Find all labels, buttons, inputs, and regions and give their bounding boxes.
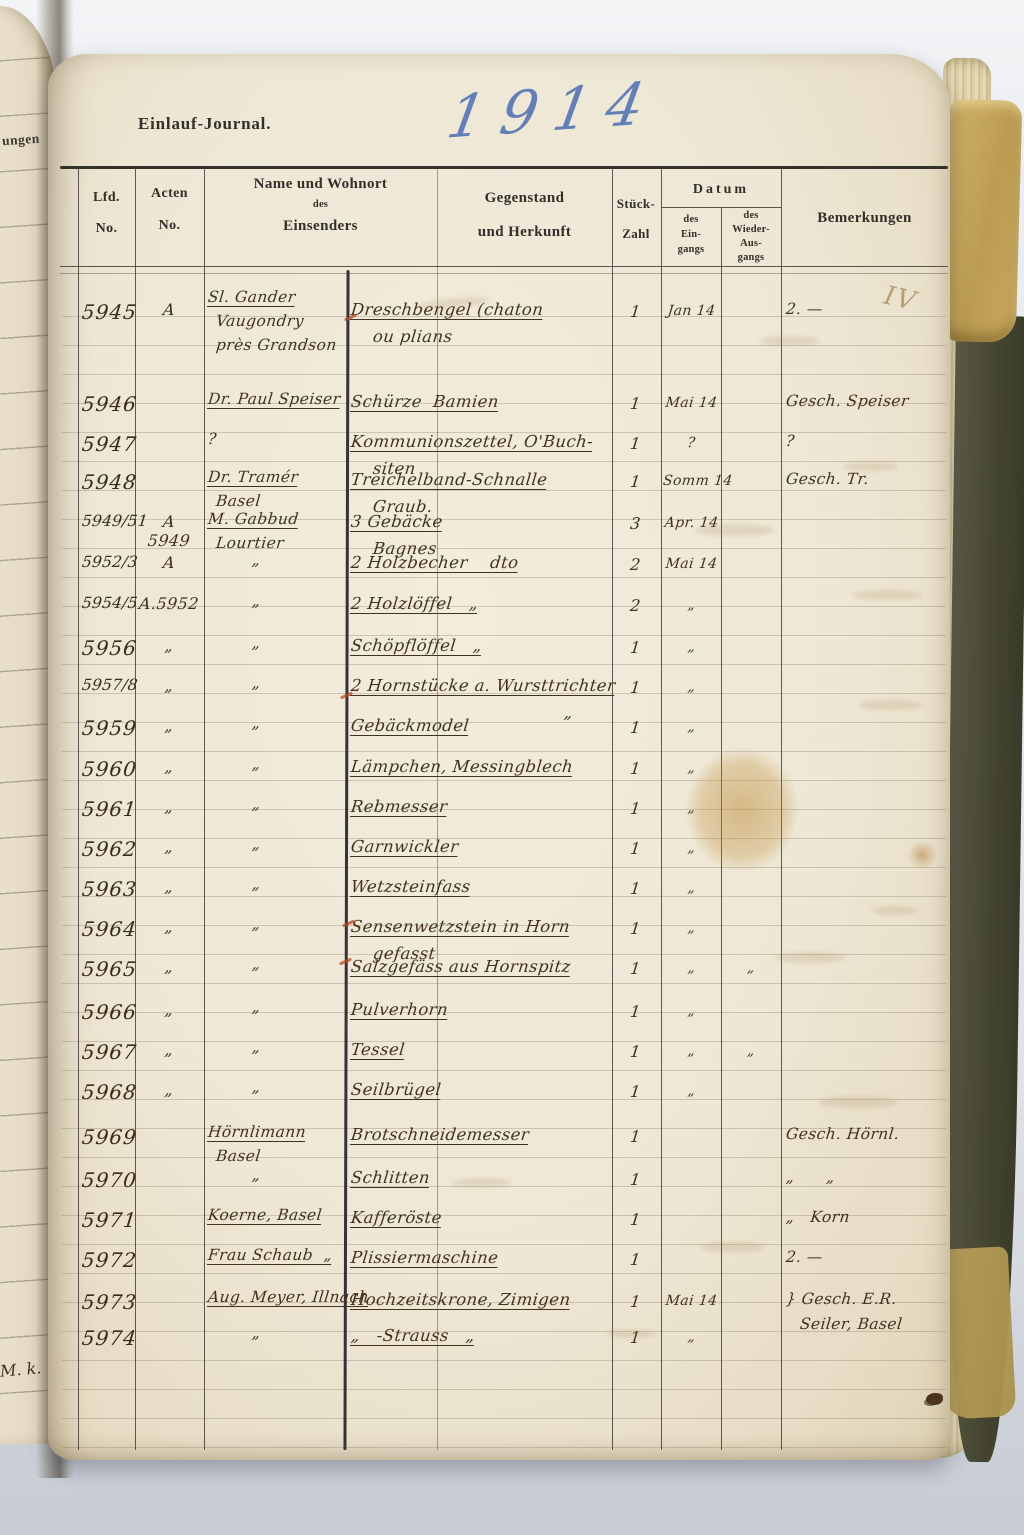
handwriting: „ xyxy=(662,1043,721,1059)
handwriting: „ xyxy=(135,877,203,896)
handwriting: „ xyxy=(135,716,203,735)
handwriting: Tessel xyxy=(350,1040,406,1059)
handwriting: 5948 xyxy=(81,470,138,494)
handwriting: 5972 xyxy=(81,1248,138,1272)
handwriting: ? xyxy=(662,435,721,451)
handwriting: 1 xyxy=(611,472,660,491)
handwriting: „ xyxy=(662,639,721,655)
handwriting: 5952/3 xyxy=(81,553,139,571)
handwriting: Sensenwetzstein in Horn xyxy=(350,917,571,936)
handwriting: 5957/8 xyxy=(81,676,139,694)
handwriting: 1 xyxy=(611,1170,660,1189)
handwriting: „ xyxy=(662,679,721,695)
handwriting: „ xyxy=(251,674,261,692)
handwriting: „ xyxy=(721,960,781,976)
handwriting: 1 xyxy=(611,638,660,657)
handwriting: Rebmesser xyxy=(350,797,448,816)
bleed-through-mark xyxy=(852,590,922,600)
bleed-through-mark xyxy=(775,952,845,963)
handwriting: „ xyxy=(251,1166,261,1184)
stain xyxy=(686,748,798,872)
handwriting: „ xyxy=(251,998,261,1016)
handwriting: Wetzsteinfass xyxy=(350,877,472,896)
handwriting: „ xyxy=(135,1040,203,1059)
handwriting: „ xyxy=(662,1003,721,1019)
handwriting: 2 Holzbecher dto xyxy=(350,553,520,572)
handwriting: M. Gabbud xyxy=(207,510,300,528)
handwriting: Schöpflöffel „ xyxy=(350,636,483,655)
handwriting: 5966 xyxy=(81,1000,138,1024)
handwriting: 5945 xyxy=(81,300,138,324)
handwriting: Schlitten xyxy=(350,1168,431,1187)
handwriting: 1 xyxy=(611,959,660,978)
handwriting: 1 xyxy=(611,1210,660,1229)
handwriting: „ xyxy=(563,703,574,722)
handwriting: Gesch. Speiser xyxy=(785,392,910,410)
bleed-through-mark xyxy=(858,700,922,710)
bleed-through-mark xyxy=(760,336,820,346)
handwriting: Gesch. Hörnl. xyxy=(785,1125,900,1143)
handwriting: „ Korn xyxy=(785,1208,851,1226)
handwriting: 5954/5 xyxy=(81,594,139,612)
bleed-through-mark xyxy=(872,906,918,915)
stain-small xyxy=(906,841,938,869)
handwriting: 5949 xyxy=(135,531,203,550)
handwriting: 1 xyxy=(611,919,660,938)
photograph-of-ledger: { "photo": { "journal_title": "Einlauf-J… xyxy=(0,0,1024,1535)
handwriting: ? xyxy=(207,430,218,448)
handwriting: „ xyxy=(251,551,261,569)
handwriting: 1 xyxy=(611,879,660,898)
handwriting: A xyxy=(135,512,203,531)
bleed-through-mark xyxy=(452,1178,512,1187)
handwriting: 5959 xyxy=(81,716,138,740)
handwriting: „ xyxy=(135,837,203,856)
handwriting: Mai 14 xyxy=(662,556,721,572)
handwriting: 2. — xyxy=(785,1248,824,1266)
handwriting: Somm 14 xyxy=(662,473,721,489)
handwriting: Garnwickler xyxy=(350,837,460,856)
handwriting: Dr. Paul Speiser xyxy=(207,390,341,408)
handwriting: „ xyxy=(251,755,261,773)
handwriting: „ xyxy=(135,917,203,936)
handwriting: 1 xyxy=(611,718,660,737)
handwriting: 2 Hornstücke a. Wursttrichter xyxy=(350,676,616,695)
handwriting: „ xyxy=(721,1043,781,1059)
handwriting: Dr. Tramér xyxy=(207,468,299,486)
handwriting: „ xyxy=(662,880,721,896)
handwriting: 5956 xyxy=(81,636,138,660)
handwriting: Lämpchen, Messingblech xyxy=(350,757,574,776)
handwriting: „ xyxy=(135,1000,203,1019)
handwriting: Sl. Gander xyxy=(207,288,296,306)
handwriting: 5961 xyxy=(81,797,138,821)
handwriting: 1 xyxy=(611,839,660,858)
handwriting: „ xyxy=(251,1324,261,1342)
handwriting: 1 xyxy=(611,1250,660,1269)
handwriting: Lourtier xyxy=(215,534,285,552)
handwriting: „ xyxy=(251,1078,261,1096)
handwriting: 1 xyxy=(611,1292,660,1311)
handwriting: Hochzeitskrone, Zimigen xyxy=(350,1290,572,1309)
handwriting: Kommunionszettel, O'Buch- xyxy=(350,432,594,451)
handwriting: Plissiermaschine xyxy=(350,1248,499,1267)
handwriting: Jan 14 xyxy=(662,303,721,319)
handwriting: „ xyxy=(251,634,261,652)
handwriting: „ xyxy=(251,835,261,853)
handwriting: „ xyxy=(662,1329,721,1345)
handwriting: „ xyxy=(135,757,203,776)
handwriting: Brotschneidemesser xyxy=(350,1125,530,1144)
handwriting: 5969 xyxy=(81,1125,138,1149)
handwriting: 1 xyxy=(611,394,660,413)
handwriting: „ xyxy=(251,714,261,732)
handwriting: Mai 14 xyxy=(662,395,721,411)
handwriting: „ xyxy=(662,920,721,936)
handwriting: A xyxy=(135,553,203,572)
handwriting: 5960 xyxy=(81,757,138,781)
handwriting: „ xyxy=(662,1083,721,1099)
bleed-through-mark xyxy=(700,1242,764,1252)
handwriting: Mai 14 xyxy=(662,1293,721,1309)
handwriting: „ xyxy=(251,1038,261,1056)
handwriting: 2. — xyxy=(785,300,824,318)
handwriting: „ xyxy=(662,719,721,735)
handwriting: Hörnlimann xyxy=(207,1123,307,1141)
page-content: Einlauf-Journal. 1914 IV Lfd. No. Acten … xyxy=(0,0,1024,1535)
handwriting: 5968 xyxy=(81,1080,138,1104)
handwriting: A xyxy=(135,300,203,319)
handwriting: 2 xyxy=(611,555,660,574)
handwriting: Seilbrügel xyxy=(350,1080,442,1099)
handwriting: Treichelband-Schnalle xyxy=(350,470,548,489)
handwriting: Kafferöste xyxy=(350,1208,443,1227)
handwriting: 3 Gebäcke xyxy=(350,512,444,531)
handwriting: 5946 xyxy=(81,392,138,416)
handwriting: Gebäckmodel xyxy=(350,716,470,735)
handwriting: „ xyxy=(662,597,721,613)
handwriting: 1 xyxy=(611,1082,660,1101)
handwriting: 2 Holzlöffel „ xyxy=(350,594,479,613)
ink-blot xyxy=(926,1393,943,1405)
handwriting: 5965 xyxy=(81,957,138,981)
handwriting: 1 xyxy=(611,302,660,321)
handwriting: „ xyxy=(251,795,261,813)
handwriting: „ xyxy=(251,955,261,973)
handwriting: 5962 xyxy=(81,837,138,861)
handwriting: Vaugondry xyxy=(215,312,305,330)
handwriting: Basel xyxy=(215,492,262,510)
handwriting: „ xyxy=(135,1080,203,1099)
handwriting: „ xyxy=(135,957,203,976)
handwriting: 5963 xyxy=(81,877,138,901)
handwriting: 5947 xyxy=(81,432,138,456)
handwriting: A.5952 xyxy=(135,594,203,613)
handwriting: „ xyxy=(251,915,261,933)
handwriting: 1 xyxy=(611,1127,660,1146)
handwriting: 3 xyxy=(611,514,660,533)
handwriting: 5964 xyxy=(81,917,138,941)
handwriting: 5970 xyxy=(81,1168,138,1192)
handwriting: Seiler, Basel xyxy=(799,1315,903,1333)
bleed-through-mark xyxy=(842,462,898,471)
handwriting: Schürze Bamien xyxy=(350,392,500,411)
handwriting: 5973 xyxy=(81,1290,138,1314)
handwriting: ? xyxy=(785,432,796,450)
handwriting: Aug. Meyer, Illnach xyxy=(207,1288,370,1306)
handwriting: 1 xyxy=(611,678,660,697)
handwriting: „ xyxy=(135,797,203,816)
handwriting: près Grandson xyxy=(215,336,338,354)
handwriting: „ xyxy=(251,592,261,610)
handwriting: „ „ xyxy=(785,1168,836,1186)
handwriting: Gesch. Tr. xyxy=(785,470,870,488)
handwriting: ou plians xyxy=(372,327,453,346)
bleed-through-mark xyxy=(695,524,775,536)
handwriting: 5967 xyxy=(81,1040,138,1064)
handwriting: } Gesch. E.R. xyxy=(785,1290,898,1308)
handwriting: Frau Schaub „ xyxy=(207,1246,333,1264)
handwriting: 5971 xyxy=(81,1208,138,1232)
handwriting: Pulverhorn xyxy=(350,1000,449,1019)
handwriting: Salzgefäss aus Hornspitz xyxy=(350,957,572,976)
handwriting: 1 xyxy=(611,759,660,778)
handwriting: „ xyxy=(251,875,261,893)
bleed-through-mark xyxy=(606,1330,656,1338)
handwriting: „ -Strauss „ xyxy=(350,1326,476,1345)
handwriting: Basel xyxy=(215,1147,262,1165)
handwriting: 2 xyxy=(611,596,660,615)
bleed-through-mark xyxy=(818,1096,898,1108)
handwriting: 1 xyxy=(611,1042,660,1061)
handwriting: Koerne, Basel xyxy=(207,1206,323,1224)
handwriting: 1 xyxy=(611,434,660,453)
journal-entries: 5945ASl. GanderVaugondryprès GrandsonDre… xyxy=(0,0,1024,1535)
handwriting: „ xyxy=(135,636,203,655)
handwriting: 1 xyxy=(611,799,660,818)
handwriting: „ xyxy=(662,960,721,976)
handwriting: „ xyxy=(135,676,203,695)
handwriting: 1 xyxy=(611,1002,660,1021)
handwriting: 5974 xyxy=(81,1326,138,1350)
